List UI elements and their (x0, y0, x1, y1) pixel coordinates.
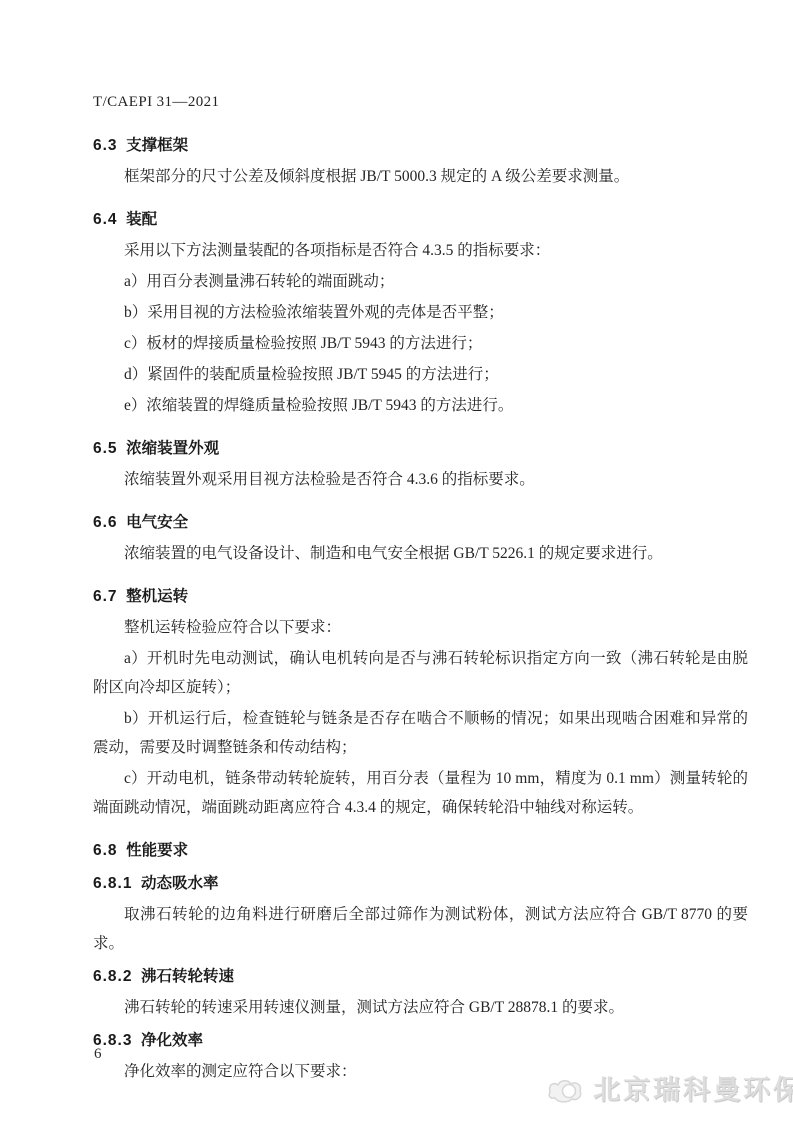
section-title: 净化效率 (141, 1032, 203, 1049)
section-number: 6.7 (93, 588, 118, 605)
section-number: 6.6 (93, 514, 118, 531)
section-number: 6.5 (93, 440, 118, 457)
section-title: 浓缩装置外观 (126, 440, 219, 457)
section-6-8-2: 6.8.2沸石转轮转速 沸石转轮的转速采用转速仪测量，测试方法应符合 GB/T … (93, 962, 748, 1022)
section-6-5: 6.5浓缩装置外观 浓缩装置外观采用目视方法检验是否符合 4.3.6 的指标要求… (93, 434, 748, 494)
list-item: b）采用目视的方法检验浓缩装置外观的壳体是否平整； (93, 298, 748, 327)
section-heading: 6.4装配 (93, 205, 748, 234)
watermark-text: 北京瑞科曼环保 (593, 1068, 793, 1107)
document-page: T/CAEPI 31—2021 6.3支撑框架 框架部分的尺寸公差及倾斜度根据 … (0, 0, 793, 1122)
section-number: 6.4 (93, 211, 118, 228)
section-title: 动态吸水率 (141, 875, 219, 892)
list-item: a）用百分表测量沸石转轮的端面跳动； (93, 267, 748, 296)
list-item: a）开机时先电动测试，确认电机转向是否与沸石转轮标识指定方向一致（沸石转轮是由脱… (93, 644, 748, 702)
paragraph: 浓缩装置的电气设备设计、制造和电气安全根据 GB/T 5226.1 的规定要求进… (93, 539, 748, 568)
section-title: 支撑框架 (126, 137, 188, 154)
section-number: 6.8.2 (93, 968, 132, 985)
watermark: 北京瑞科曼环保 (546, 1068, 793, 1107)
section-title: 整机运转 (126, 588, 188, 605)
section-6-8: 6.8性能要求 (93, 836, 748, 865)
section-6-8-1: 6.8.1动态吸水率 取沸石转轮的边角料进行研磨后全部过筛作为测试粉体，测试方法… (93, 869, 748, 958)
section-number: 6.8 (93, 842, 118, 859)
section-heading: 6.8.2沸石转轮转速 (93, 962, 748, 991)
paragraph: 沸石转轮的转速采用转速仪测量，测试方法应符合 GB/T 28878.1 的要求。 (93, 993, 748, 1022)
section-heading: 6.7整机运转 (93, 582, 748, 611)
section-6-4: 6.4装配 采用以下方法测量装配的各项指标是否符合 4.3.5 的指标要求： a… (93, 205, 748, 420)
section-6-6: 6.6电气安全 浓缩装置的电气设备设计、制造和电气安全根据 GB/T 5226.… (93, 508, 748, 568)
section-6-3: 6.3支撑框架 框架部分的尺寸公差及倾斜度根据 JB/T 5000.3 规定的 … (93, 131, 748, 191)
paragraph: 取沸石转轮的边角料进行研磨后全部过筛作为测试粉体，测试方法应符合 GB/T 87… (93, 900, 748, 958)
list-item: c）开动电机，链条带动转轮旋转，用百分表（量程为 10 mm，精度为 0.1 m… (93, 764, 748, 822)
section-heading: 6.8性能要求 (93, 836, 748, 865)
list-item: c）板材的焊接质量检验按照 JB/T 5943 的方法进行； (93, 329, 748, 358)
paragraph: 采用以下方法测量装配的各项指标是否符合 4.3.5 的指标要求： (93, 236, 748, 265)
watermark-logo-icon (546, 1072, 586, 1104)
list-item: d）紧固件的装配质量检验按照 JB/T 5945 的方法进行； (93, 360, 748, 389)
section-number: 6.8.1 (93, 875, 132, 892)
section-title: 沸石转轮转速 (141, 968, 234, 985)
list-item: b）开机运行后，检查链轮与链条是否存在啮合不顺畅的情况；如果出现啮合困难和异常的… (93, 704, 748, 762)
doc-header: T/CAEPI 31—2021 (93, 88, 748, 117)
section-heading: 6.8.3净化效率 (93, 1026, 748, 1055)
section-6-7: 6.7整机运转 整机运转检验应符合以下要求： a）开机时先电动测试，确认电机转向… (93, 582, 748, 822)
section-heading: 6.5浓缩装置外观 (93, 434, 748, 463)
paragraph: 整机运转检验应符合以下要求： (93, 613, 748, 642)
paragraph: 浓缩装置外观采用目视方法检验是否符合 4.3.6 的指标要求。 (93, 465, 748, 494)
section-heading: 6.3支撑框架 (93, 131, 748, 160)
list-item: e）浓缩装置的焊缝质量检验按照 JB/T 5943 的方法进行。 (93, 391, 748, 420)
section-title: 性能要求 (126, 842, 188, 859)
page-number: 6 (94, 1046, 102, 1063)
section-title: 电气安全 (126, 514, 188, 531)
section-heading: 6.8.1动态吸水率 (93, 869, 748, 898)
section-heading: 6.6电气安全 (93, 508, 748, 537)
paragraph: 框架部分的尺寸公差及倾斜度根据 JB/T 5000.3 规定的 A 级公差要求测… (93, 162, 748, 191)
section-number: 6.3 (93, 137, 118, 154)
section-title: 装配 (126, 211, 157, 228)
